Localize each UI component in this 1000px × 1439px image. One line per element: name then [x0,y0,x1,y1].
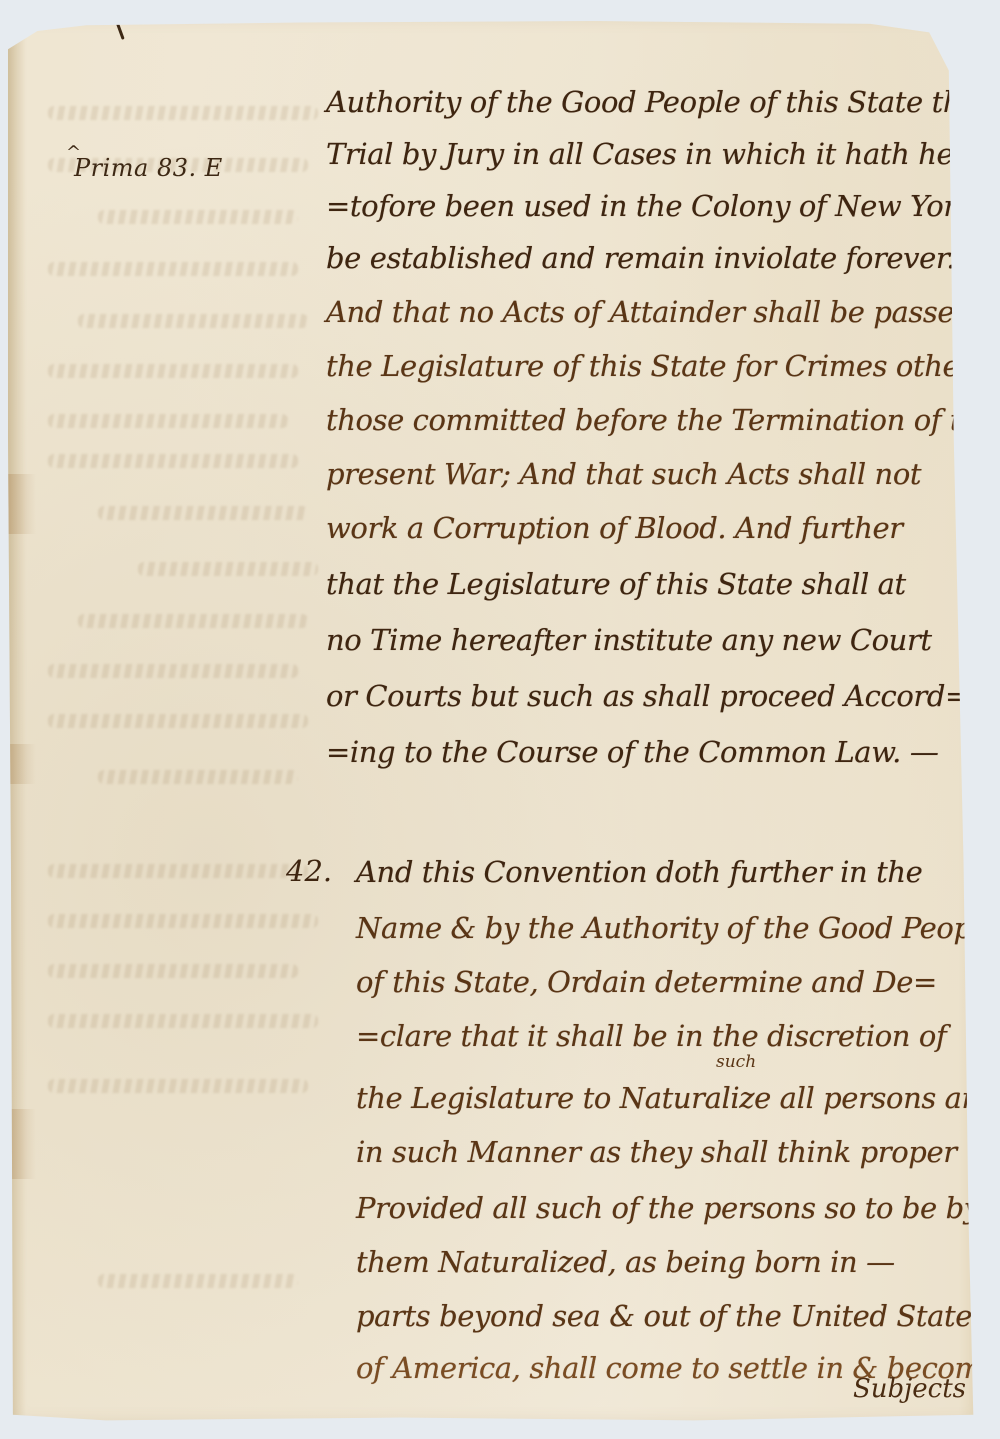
text-line: or Courts but such as shall proceed Acco… [326,678,969,714]
text-line: =clare that it shall be in the discretio… [356,1018,946,1054]
section-number: 42. [286,854,332,888]
edge-stain [8,744,36,784]
text-line: the Legislature of this State for Crimes… [326,348,1000,384]
text-line: work a Corruption of Blood. And further [326,510,903,546]
margin-note: ^ Prima 83. E [74,154,223,182]
text-line: be established and remain inviolate fore… [326,240,955,276]
caret-mark: ^ [66,142,82,163]
text-line: parts beyond sea & out of the United Sta… [356,1298,987,1334]
edge-stain [8,1109,36,1179]
text-line: present War; And that such Acts shall no… [326,456,921,492]
bleed-through-text [38,14,328,1426]
text-line: Provided all such of the persons so to b… [356,1190,980,1226]
edge-stain [8,474,36,534]
text-line: no Time hereafter institute any new Cour… [326,622,932,658]
text-line: And this Convention doth further in the [356,854,922,890]
text-line: Name & by the Authority of the Good Peop… [356,910,997,946]
text-line: Authority of the Good People of this Sta… [326,84,989,120]
text-line: of this State, Ordain determine and De= [356,964,937,1000]
manuscript-page: ^ Prima 83. E Authority of the Good Peop… [8,14,988,1426]
text-line: And that no Acts of Attainder shall be p… [326,294,1000,330]
text-line: the Legislature to Naturalize all person… [356,1080,998,1116]
text-line: Trial by Jury in all Cases in which it h… [326,136,1000,172]
margin-note-text: Prima 83. E [74,154,223,182]
text-line: in such Manner as they shall think prope… [356,1134,957,1170]
text-line: =tofore been used in the Colony of New Y… [326,188,1000,224]
text-line: =ing to the Course of the Common Law. — [326,734,938,770]
text-line: those committed before the Termination o… [326,402,996,438]
text-line: that the Legislature of this State shall… [326,566,906,602]
text-line: them Naturalized, as being born in — [356,1244,895,1280]
catchword: Subjects [853,1374,966,1404]
interlinear-insertion: such [716,1052,756,1072]
